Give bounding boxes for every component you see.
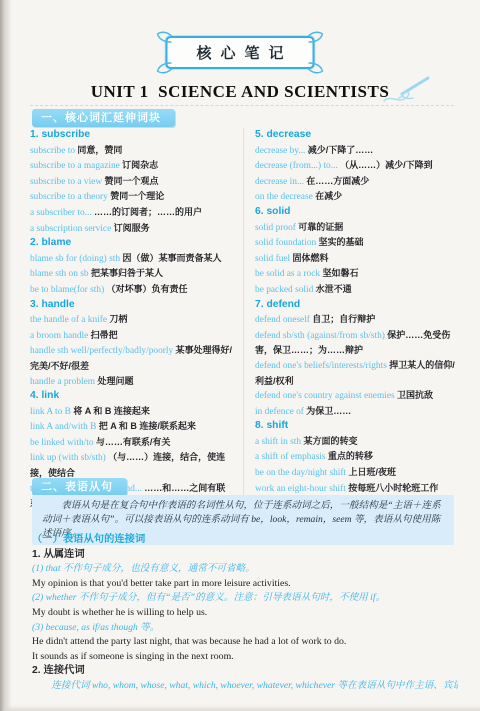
phrase-english: decrease by... [255, 146, 308, 156]
vocab-column-left: 1. subscribesubscribe to 同意，赞同subscribe … [30, 128, 243, 511]
phrase-line: defend one's beliefs/interests/rights 捍卫… [255, 358, 456, 388]
word-heading: 5. decrease [255, 128, 456, 143]
word-heading: 1. subscribe [30, 128, 234, 143]
word-heading: 4. link [30, 389, 234, 404]
phrase-line: work an eight-hour shift 按每班八小时轮班工作 [255, 481, 456, 497]
phrase-english: a shift in sth [255, 437, 303, 447]
word-heading: 8. shift [255, 419, 456, 434]
phrase-line: a shift of emphasis 重点的转移 [255, 449, 456, 465]
phrase-english: link A and/with B [30, 422, 99, 432]
phrase-english: defend sb/sth (against/from sb/sth) [255, 331, 387, 341]
vocab-columns: 1. subscribesubscribe to 同意，赞同subscribe … [30, 128, 456, 511]
phrase-english: blame sth on sb [30, 269, 91, 279]
phrase-line: subscribe to 同意，赞同 [30, 143, 234, 159]
phrase-english: be solid as a rock [255, 269, 322, 279]
phrase-english: subscribe to [30, 146, 77, 156]
phrase-line: decrease by... 减少/下降了…… [255, 143, 456, 159]
phrase-line: a subscriber to... ……的订阅者；……的用户 [30, 205, 234, 221]
phrase-english: solid proof [255, 223, 298, 233]
phrase-line: be to blame(for sth) （对坏事）负有责任 [30, 282, 234, 298]
phrase-english: decrease (from...) to... [255, 161, 340, 171]
phrase-english: be to blame(for sth) [30, 285, 107, 295]
phrase-english: subscribe to a view [30, 177, 104, 187]
phrase-line: defend one's country against enemies 卫国抗… [255, 388, 456, 404]
phrase-chinese: 坚如磐石 [322, 268, 358, 278]
phrase-chinese: 处理问题 [97, 376, 133, 386]
corner-flourish-icon [155, 30, 173, 44]
phrase-chinese: 自卫；自行辩护 [312, 314, 375, 324]
phrase-line: be linked with/to 与……有联系/有关 [30, 435, 234, 451]
phrase-chinese: 减少/下降了…… [308, 145, 374, 155]
badge-label: 核心笔记 [196, 46, 292, 62]
phrase-english: be linked with/to [30, 438, 96, 448]
phrase-line: handle sth well/perfectly/badly/poorly 某… [30, 343, 234, 373]
phrase-chinese: （从……）减少/下降到 [340, 160, 433, 170]
grammar-line-blue: (1) that 不作句子成分，也没有意义，通常不可省略。 [32, 562, 458, 577]
phrase-english: a shift of emphasis [255, 452, 328, 462]
phrase-english: handle a problem [30, 377, 97, 387]
section1-header: 一、核心词汇延伸词块 [32, 109, 175, 127]
phrase-chinese: 卫国抗敌 [397, 390, 433, 400]
section2-content: （一）表语从句的连接词1. 从属连词(1) that 不作句子成分，也没有意义，… [32, 533, 458, 694]
phrase-line: link A and/with B 把 A 和 B 连接/联系起来 [30, 419, 234, 435]
phrase-chinese: 订阅服务 [114, 223, 150, 233]
phrase-line: in defence of 为保卫…… [255, 404, 456, 420]
phrase-chinese: 在……方面减少 [306, 176, 369, 186]
phrase-line: be packed solid 水泄不通 [255, 282, 456, 298]
phrase-line: be solid as a rock 坚如磐石 [255, 266, 456, 282]
phrase-english: a broom handle [30, 331, 91, 341]
phrase-english: link A to B [30, 407, 73, 417]
corner-flourish-icon [307, 30, 325, 44]
phrase-line: blame sb for (doing) sth 因（做）某事而责备某人 [30, 251, 234, 267]
phrase-chinese: 扫帚把 [91, 330, 118, 340]
word-heading: 6. solid [255, 205, 456, 220]
core-notes-badge: 核心笔记 [165, 36, 314, 69]
phrase-english: defend one's beliefs/interests/rights [255, 361, 389, 371]
phrase-english: decrease in... [255, 177, 306, 187]
phrase-english: subscribe to a theory [30, 192, 110, 202]
phrase-line: blame sth on sb 把某事归咎于某人 [30, 266, 234, 282]
grammar-line-example: My opinion is that you'd better take par… [32, 577, 458, 592]
phrase-chinese: 赞同一个观点 [104, 176, 158, 186]
phrase-english: subscribe to a magazine [30, 161, 122, 171]
phrase-chinese: 与……有联系/有关 [96, 437, 171, 447]
vocab-column-right: 5. decreasedecrease by... 减少/下降了……decrea… [243, 128, 456, 511]
phrase-chinese: 水泄不通 [316, 284, 352, 294]
phrase-line: subscribe to a theory 赞同一个理论 [30, 189, 234, 205]
phrase-line: decrease (from...) to... （从……）减少/下降到 [255, 158, 456, 174]
phrase-chinese: 订阅杂志 [122, 160, 158, 170]
phrase-line: a subscription service 订阅服务 [30, 221, 234, 237]
grammar-line-blue: (3) because, as if/as though 等。 [32, 621, 458, 636]
phrase-english: link up (with sb/sth) [30, 453, 108, 463]
grammar-line-blue-indent: 连接代词 who, whom, whose, what, which, whoe… [32, 679, 458, 694]
phrase-english: a subscription service [30, 224, 114, 234]
phrase-chinese: 上日班/夜班 [348, 467, 396, 477]
phrase-line: decrease in... 在……方面减少 [255, 174, 456, 190]
phrase-english: solid fuel [255, 254, 293, 264]
phrase-line: defend sb/sth (against/from sb/sth) 保护……… [255, 328, 456, 358]
phrase-english: blame sb for (doing) sth [30, 254, 122, 264]
phrase-english: be packed solid [255, 285, 316, 295]
phrase-chinese: 可靠的证据 [298, 222, 343, 232]
phrase-english: in defence of [255, 407, 306, 417]
phrase-chinese: 固体燃料 [293, 253, 329, 263]
corner-flourish-icon [155, 61, 173, 75]
grammar-line-sub-dark: 2. 连接代词 [32, 664, 458, 679]
phrase-english: defend oneself [255, 315, 312, 325]
phrase-chinese: 为保卫…… [306, 406, 351, 416]
phrase-english: the handle of a knife [30, 315, 109, 325]
word-heading: 2. blame [30, 236, 234, 251]
grammar-line-sub-blue: （一）表语从句的连接词 [32, 533, 458, 548]
phrase-english: handle sth well/perfectly/badly/poorly [30, 346, 176, 356]
grammar-line-example: My doubt is whether he is willing to hel… [32, 606, 458, 621]
phrase-chinese: 某方面的转变 [303, 436, 357, 446]
phrase-line: solid fuel 固体燃料 [255, 251, 456, 267]
phrase-line: handle a problem 处理问题 [30, 374, 234, 390]
phrase-chinese: ……的订阅者；……的用户 [94, 207, 202, 217]
pen-icon [378, 74, 436, 106]
phrase-line: subscribe to a magazine 订阅杂志 [30, 158, 234, 174]
page-left-edge-shadow [0, 0, 12, 711]
phrase-chinese: 刀柄 [109, 314, 127, 324]
phrase-line: be on the day/night shift 上日班/夜班 [255, 465, 456, 481]
grammar-line-example: He didn't attend the party last night, t… [32, 635, 458, 650]
phrase-line: link up (with sb/sth) （与……）连接，结合，使连接，使结合 [30, 450, 234, 480]
phrase-english: a subscriber to... [30, 208, 94, 218]
phrase-line: solid foundation 坚实的基础 [255, 235, 456, 251]
word-heading: 3. handle [30, 298, 234, 313]
phrase-line: a shift in sth 某方面的转变 [255, 434, 456, 450]
grammar-line-blue: (2) whether 不作句子成分，但有“是否”的意义。注意：引导表语从句时，… [32, 591, 458, 606]
phrase-english: defend one's country against enemies [255, 391, 397, 401]
page-bottom-edge-shadow [0, 705, 480, 711]
word-heading: 7. defend [255, 298, 456, 313]
phrase-line: the handle of a knife 刀柄 [30, 312, 234, 328]
phrase-line: on the decrease 在减少 [255, 189, 456, 205]
phrase-chinese: 将 A 和 B 连接起来 [73, 406, 150, 416]
grammar-line-sub-dark: 1. 从属连词 [32, 548, 458, 563]
phrase-line: defend oneself 自卫；自行辩护 [255, 312, 456, 328]
phrase-chinese: 坚实的基础 [319, 237, 364, 247]
phrase-chinese: （对坏事）负有责任 [107, 284, 188, 294]
phrase-chinese: 重点的转移 [328, 451, 373, 461]
phrase-chinese: 把 A 和 B 连接/联系起来 [99, 421, 196, 431]
phrase-english: solid foundation [255, 238, 319, 248]
phrase-chinese: 因（做）某事而责备某人 [122, 253, 221, 263]
phrase-line: solid proof 可靠的证据 [255, 220, 456, 236]
phrase-chinese: 同意，赞同 [77, 145, 122, 155]
phrase-line: a broom handle 扫帚把 [30, 328, 234, 344]
phrase-chinese: 在减少 [315, 191, 342, 201]
section2-header: 二、表语从句 [32, 478, 127, 496]
phrase-chinese: 按每班八小时轮班工作 [348, 483, 438, 493]
phrase-english: work an eight-hour shift [255, 484, 348, 494]
corner-flourish-icon [307, 61, 325, 75]
phrase-english: be on the day/night shift [255, 468, 348, 478]
phrase-chinese: 赞同一个理论 [110, 191, 164, 201]
grammar-line-example: It sounds as if someone is singing in th… [32, 650, 458, 665]
phrase-line: link A to B 将 A 和 B 连接起来 [30, 404, 234, 420]
phrase-line: subscribe to a view 赞同一个观点 [30, 174, 234, 190]
phrase-chinese: 把某事归咎于某人 [91, 268, 163, 278]
phrase-english: on the decrease [255, 192, 315, 202]
